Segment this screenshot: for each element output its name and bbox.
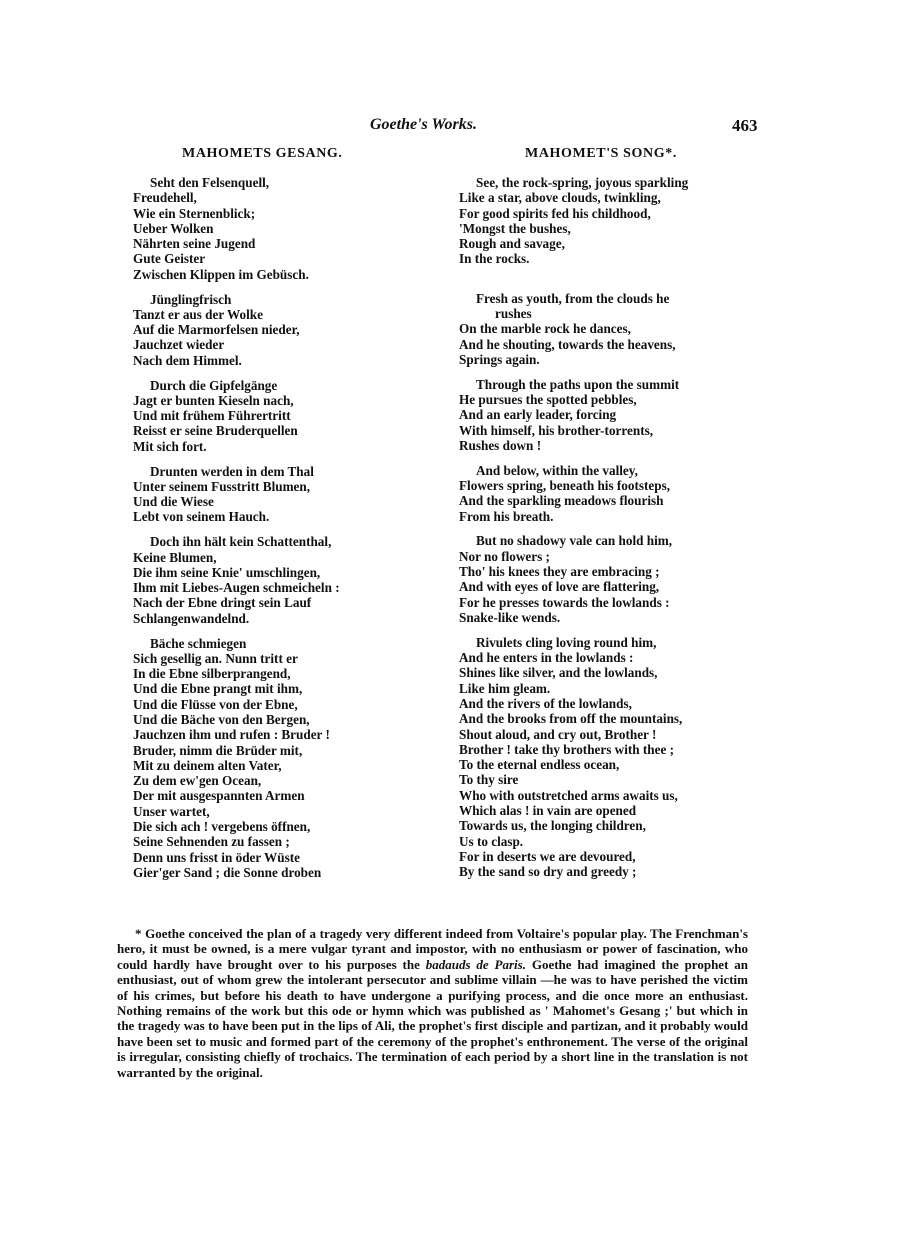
verse-line: Shout aloud, and cry out, Brother ! bbox=[459, 727, 769, 742]
verse-line: For good spirits fed his childhood, bbox=[459, 206, 769, 221]
german-poem-column: Seht den Felsenquell,Freudehell,Wie ein … bbox=[133, 175, 443, 890]
verse-line: Like a star, above clouds, twinkling, bbox=[459, 190, 769, 205]
verse-line: Unter seinem Fusstritt Blumen, bbox=[133, 479, 443, 494]
verse-line: Nach dem Himmel. bbox=[133, 353, 443, 368]
verse-line: On the marble rock he dances, bbox=[459, 321, 769, 336]
verse-line: Drunten werden in dem Thal bbox=[133, 464, 443, 479]
verse-line: Tanzt er aus der Wolke bbox=[133, 307, 443, 322]
verse-line: In die Ebne silberprangend, bbox=[133, 666, 443, 681]
verse-line: See, the rock-spring, joyous sparkling bbox=[459, 175, 769, 190]
verse-line: Snake-like wends. bbox=[459, 610, 769, 625]
verse-line: Die sich ach ! vergebens öffnen, bbox=[133, 819, 443, 834]
page-number: 463 bbox=[732, 116, 758, 136]
stanza: Doch ihn hält kein Schattenthal,Keine Bl… bbox=[133, 534, 443, 626]
verse-line: And the sparkling meadows flourish bbox=[459, 493, 769, 508]
stanza: See, the rock-spring, joyous sparklingLi… bbox=[459, 175, 769, 267]
stanza: But no shadowy vale can hold him,Nor no … bbox=[459, 533, 769, 625]
stanza: Through the paths upon the summitHe purs… bbox=[459, 377, 769, 453]
verse-line: 'Mongst the bushes, bbox=[459, 221, 769, 236]
verse-line: And he shouting, towards the heavens, bbox=[459, 337, 769, 352]
english-poem-title: MAHOMET'S SONG*. bbox=[525, 146, 677, 162]
german-poem-title: MAHOMETS GESANG. bbox=[182, 146, 343, 162]
verse-line: Jauchzen ihm und rufen : Bruder ! bbox=[133, 727, 443, 742]
verse-line: Nor no flowers ; bbox=[459, 549, 769, 564]
verse-line: Seht den Felsenquell, bbox=[133, 175, 443, 190]
stanza: JünglingfrischTanzt er aus der WolkeAuf … bbox=[133, 292, 443, 368]
verse-line: From his breath. bbox=[459, 509, 769, 524]
verse-line: And an early leader, forcing bbox=[459, 407, 769, 422]
verse-line: Wie ein Sternenblick; bbox=[133, 206, 443, 221]
verse-line: Rivulets cling loving round him, bbox=[459, 635, 769, 650]
verse-line: Nach der Ebne dringt sein Lauf bbox=[133, 595, 443, 610]
verse-line: Doch ihn hält kein Schattenthal, bbox=[133, 534, 443, 549]
stanza: Rivulets cling loving round him,And he e… bbox=[459, 635, 769, 880]
verse-line: Fresh as youth, from the clouds he bbox=[459, 291, 769, 306]
verse-line: Rushes down ! bbox=[459, 438, 769, 453]
verse-line: Rough and savage, bbox=[459, 236, 769, 251]
running-head: Goethe's Works. bbox=[370, 116, 477, 134]
verse-line: Springs again. bbox=[459, 352, 769, 367]
verse-line: Keine Blumen, bbox=[133, 550, 443, 565]
verse-line: Und mit frühem Führertritt bbox=[133, 408, 443, 423]
verse-line: Reisst er seine Bruderquellen bbox=[133, 423, 443, 438]
verse-line: Towards us, the longing children, bbox=[459, 818, 769, 833]
verse-line: By the sand so dry and greedy ; bbox=[459, 864, 769, 879]
verse-line: Flowers spring, beneath his footsteps, bbox=[459, 478, 769, 493]
verse-line: Und die Bäche von den Bergen, bbox=[133, 712, 443, 727]
verse-line: Zu dem ew'gen Ocean, bbox=[133, 773, 443, 788]
stanza: Durch die GipfelgängeJagt er bunten Kies… bbox=[133, 378, 443, 454]
verse-line: Nährten seine Jugend bbox=[133, 236, 443, 251]
verse-line: Schlangenwandelnd. bbox=[133, 611, 443, 626]
footnote-italic-phrase: badauds de Paris. bbox=[426, 957, 526, 972]
verse-line: Jagt er bunten Kieseln nach, bbox=[133, 393, 443, 408]
stanza: Bäche schmiegenSich gesellig an. Nunn tr… bbox=[133, 636, 443, 881]
verse-line: And below, within the valley, bbox=[459, 463, 769, 478]
verse-line: Seine Sehnenden zu fassen ; bbox=[133, 834, 443, 849]
verse-line: Like him gleam. bbox=[459, 681, 769, 696]
stanza: And below, within the valley,Flowers spr… bbox=[459, 463, 769, 524]
verse-line: Zwischen Klippen im Gebüsch. bbox=[133, 267, 443, 282]
verse-line: He pursues the spotted pebbles, bbox=[459, 392, 769, 407]
verse-line: In the rocks. bbox=[459, 251, 769, 266]
verse-line: Durch die Gipfelgänge bbox=[133, 378, 443, 393]
verse-line: Mit zu deinem alten Vater, bbox=[133, 758, 443, 773]
footnote-text-part2: Goethe had imagined the prophet an enthu… bbox=[117, 957, 748, 1080]
verse-line: Ueber Wolken bbox=[133, 221, 443, 236]
stanza: Seht den Felsenquell,Freudehell,Wie ein … bbox=[133, 175, 443, 282]
verse-line: Und die Flüsse von der Ebne, bbox=[133, 697, 443, 712]
stanza: Fresh as youth, from the clouds herushes… bbox=[459, 291, 769, 367]
verse-line: Sich gesellig an. Nunn tritt er bbox=[133, 651, 443, 666]
verse-line: For he presses towards the lowlands : bbox=[459, 595, 769, 610]
verse-line: Bruder, nimm die Brüder mit, bbox=[133, 743, 443, 758]
verse-line: Auf die Marmorfelsen nieder, bbox=[133, 322, 443, 337]
verse-line: And he enters in the lowlands : bbox=[459, 650, 769, 665]
verse-line: Gute Geister bbox=[133, 251, 443, 266]
verse-line: And with eyes of love are flattering, bbox=[459, 579, 769, 594]
verse-line: And the rivers of the lowlands, bbox=[459, 696, 769, 711]
verse-line: To thy sire bbox=[459, 772, 769, 787]
verse-line: Shines like silver, and the lowlands, bbox=[459, 665, 769, 680]
verse-line: Bäche schmiegen bbox=[133, 636, 443, 651]
verse-line: Mit sich fort. bbox=[133, 439, 443, 454]
verse-line: To the eternal endless ocean, bbox=[459, 757, 769, 772]
verse-line: Jünglingfrisch bbox=[133, 292, 443, 307]
verse-line: Brother ! take thy brothers with thee ; bbox=[459, 742, 769, 757]
verse-line: Die ihm seine Knie' umschlingen, bbox=[133, 565, 443, 580]
verse-line: Through the paths upon the summit bbox=[459, 377, 769, 392]
footnote: * Goethe conceived the plan of a tragedy… bbox=[117, 926, 748, 1080]
verse-line: Unser wartet, bbox=[133, 804, 443, 819]
verse-line: Lebt von seinem Hauch. bbox=[133, 509, 443, 524]
verse-line: Jauchzet wieder bbox=[133, 337, 443, 352]
verse-line: Which alas ! in vain are opened bbox=[459, 803, 769, 818]
verse-line: Ihm mit Liebes-Augen schmeicheln : bbox=[133, 580, 443, 595]
verse-line: For in deserts we are devoured, bbox=[459, 849, 769, 864]
verse-line: Denn uns frisst in öder Wüste bbox=[133, 850, 443, 865]
verse-line: Und die Wiese bbox=[133, 494, 443, 509]
verse-line: With himself, his brother-torrents, bbox=[459, 423, 769, 438]
verse-line: But no shadowy vale can hold him, bbox=[459, 533, 769, 548]
verse-line: rushes bbox=[459, 306, 769, 321]
verse-line: Us to clasp. bbox=[459, 834, 769, 849]
verse-line: Tho' his knees they are embracing ; bbox=[459, 564, 769, 579]
verse-line: And the brooks from off the mountains, bbox=[459, 711, 769, 726]
verse-line: Der mit ausgespannten Armen bbox=[133, 788, 443, 803]
verse-line: Freudehell, bbox=[133, 190, 443, 205]
verse-line: Und die Ebne prangt mit ihm, bbox=[133, 681, 443, 696]
verse-line: Gier'ger Sand ; die Sonne droben bbox=[133, 865, 443, 880]
stanza: Drunten werden in dem ThalUnter seinem F… bbox=[133, 464, 443, 525]
english-poem-column: See, the rock-spring, joyous sparklingLi… bbox=[459, 175, 769, 889]
verse-line: Who with outstretched arms awaits us, bbox=[459, 788, 769, 803]
